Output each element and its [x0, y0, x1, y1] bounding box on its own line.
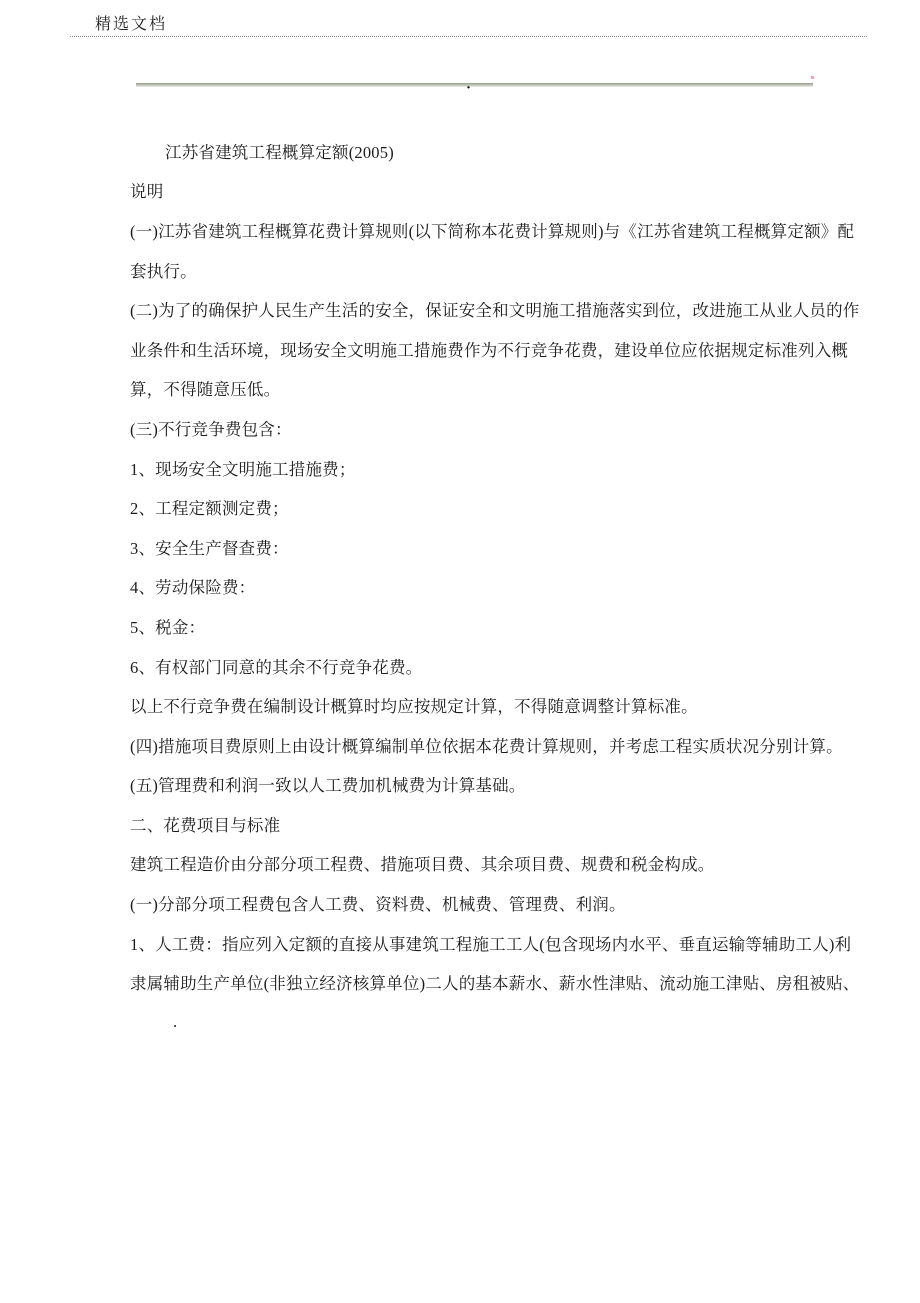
list-item-6: 6、有权部门同意的其余不行竞争花费。 [130, 646, 905, 686]
list-item-5: 5、税金： [130, 606, 905, 646]
trailing-period: . [130, 1002, 905, 1042]
section-heading: 说明 [130, 171, 905, 211]
text-line: (二)为了的确保护人民生产生活的安全，保证安全和文明施工措施落实到位，改进施工从… [130, 289, 905, 329]
text-line: 以上不行竞争费在编制设计概算时均应按规定计算，不得随意调整计算标准。 [130, 685, 905, 725]
list-item-3: 3、安全生产督查费： [130, 527, 905, 567]
horizontal-rule [136, 83, 813, 87]
center-dot: · [466, 80, 471, 97]
page-header-label: 精选文档 [95, 11, 167, 34]
header-divider-dotted-line [70, 36, 867, 37]
text-line: (一)江苏省建筑工程概算花费计算规则(以下简称本花费计算规则)与《江苏省建筑工程… [130, 210, 905, 250]
section-heading: 二、花费项目与标准 [130, 804, 905, 844]
text-line: 套执行。 [130, 250, 905, 290]
list-item-1: 1、现场安全文明施工措施费； [130, 448, 905, 488]
text-line: 隶属辅助生产单位(非独立经济核算单位)二人的基本薪水、薪水性津贴、流动施工津贴、… [130, 962, 905, 1002]
text-line: 建筑工程造价由分部分项工程费、措施项目费、其余项目费、规费和税金构成。 [130, 844, 905, 884]
text-line: 业条件和生活环境，现场安全文明施工措施费作为不行竞争花费，建设单位应依据规定标准… [130, 329, 905, 369]
list-item-4: 4、劳动保险费： [130, 567, 905, 607]
scan-artifact-dot [811, 76, 814, 79]
text-line: 1、人工费：指应列入定额的直接从事建筑工程施工工人(包含现场内水平、垂直运输等辅… [130, 923, 905, 963]
text-line: (一)分部分项工程费包含人工费、资料费、机械费、管理费、利润。 [130, 883, 905, 923]
text-line: (三)不行竞争费包含： [130, 408, 905, 448]
doc-title: 江苏省建筑工程概算定额(2005) [130, 131, 905, 171]
text-line: (五)管理费和利润一致以人工费加机械费为计算基础。 [130, 765, 905, 805]
document-body: 江苏省建筑工程概算定额(2005)说明(一)江苏省建筑工程概算花费计算规则(以下… [130, 131, 905, 1042]
text-line: 算，不得随意压低。 [130, 369, 905, 409]
text-line: (四)措施项目费原则上由设计概算编制单位依据本花费计算规则，并考虑工程实质状况分… [130, 725, 905, 765]
list-item-2: 2、工程定额测定费； [130, 487, 905, 527]
